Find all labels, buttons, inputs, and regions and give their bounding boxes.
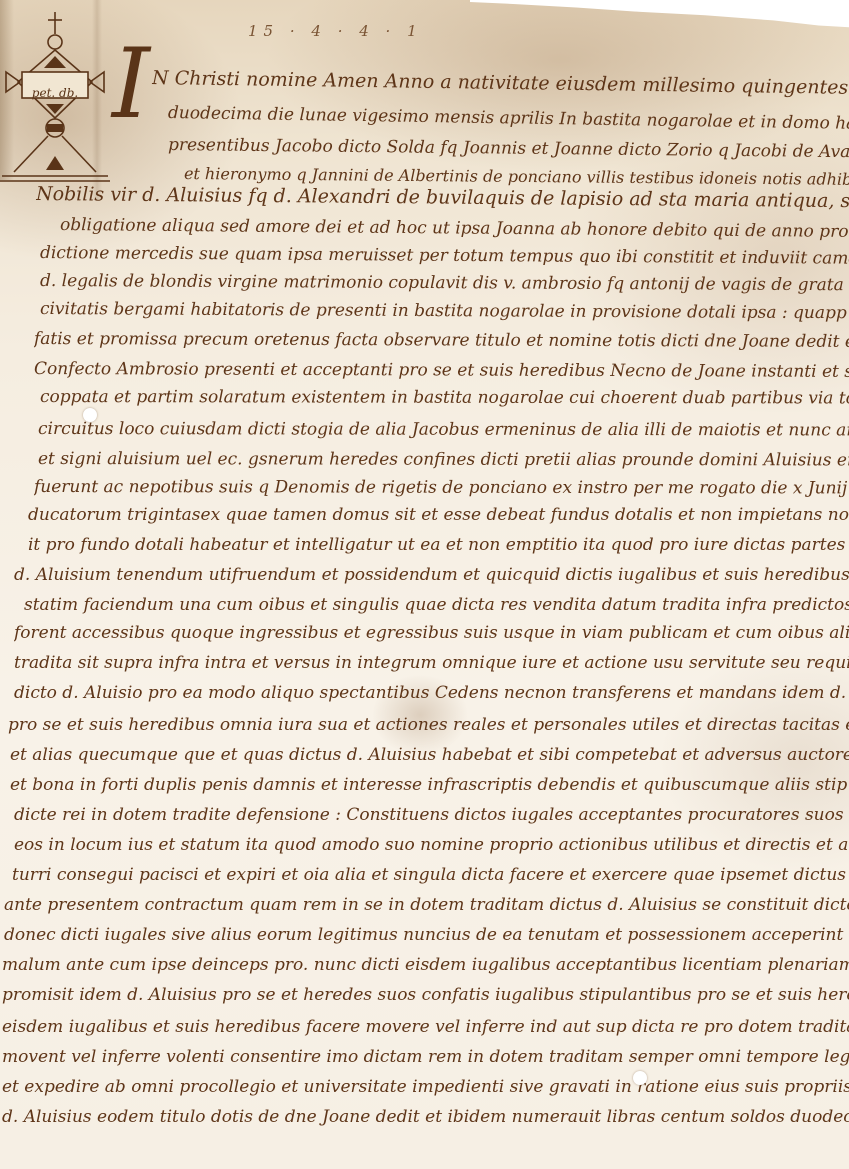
manuscript-line: ducatorum trigintasex quae tamen domus s… bbox=[28, 505, 849, 525]
manuscript-line: movent vel inferre volenti consentire im… bbox=[2, 1047, 849, 1067]
manuscript-line: eisdem iugalibus et suis heredibus facer… bbox=[2, 1017, 849, 1037]
notarial-sign-label: pet. db. bbox=[22, 86, 88, 100]
manuscript-line: turri consegui pacisci et expiri et oia … bbox=[12, 865, 849, 885]
manuscript-line: forent accessibus quoque ingressibus et … bbox=[14, 623, 849, 643]
manuscript-line: it pro fundo dotali habeatur et intellig… bbox=[28, 535, 849, 555]
manuscript-line: fuerunt ac nepotibus suis q Denomis de r… bbox=[34, 477, 849, 498]
manuscript-line: et expedire ab omni procollegio et unive… bbox=[2, 1077, 849, 1097]
manuscript-line: dicto d. Aluisio pro ea modo aliquo spec… bbox=[14, 683, 849, 703]
manuscript-line: d. Aluisius eodem titulo dotis de dne Jo… bbox=[2, 1107, 849, 1127]
manuscript-line: eos in locum ius et statum ita quod amod… bbox=[14, 835, 849, 855]
manuscript-line: coppata et partim solaratum existentem i… bbox=[40, 387, 849, 408]
manuscript-line: et bona in forti duplis penis damnis et … bbox=[10, 775, 849, 795]
manuscript-line: dicte rei in dotem tradite defensione : … bbox=[14, 805, 849, 825]
manuscript-line: tradita sit supra infra intra et versus … bbox=[14, 653, 849, 673]
manuscript-line: statim faciendum una cum oibus et singul… bbox=[24, 595, 849, 615]
punch-hole bbox=[633, 1071, 647, 1085]
manuscript-line: Confecto Ambrosio presenti et acceptanti… bbox=[34, 359, 849, 382]
manuscript-line: malum ante cum ipse deinceps pro. nunc d… bbox=[2, 955, 849, 975]
manuscript-line: pro se et suis heredibus omnia iura sua … bbox=[8, 715, 849, 735]
punch-hole bbox=[83, 408, 97, 422]
manuscript-line: ante presentem contractum quam rem in se… bbox=[4, 895, 849, 915]
manuscript-line: et signi aluisium uel ec. gsnerum herede… bbox=[38, 449, 849, 470]
header-numbering: 15 · 4 · 4 · 1 bbox=[248, 22, 423, 40]
manuscript-line: et alias quecumque que et quas dictus d.… bbox=[10, 745, 849, 765]
decorated-initial: I bbox=[112, 36, 150, 132]
manuscript-line: fatis et promissa precum oretenus facta … bbox=[34, 329, 849, 352]
manuscript-line: circuitus loco cuiusdam dicti stogia de … bbox=[38, 419, 849, 440]
manuscript-line: donec dicti iugales sive alius eorum leg… bbox=[4, 925, 849, 945]
manuscript-line: d. legalis de blondis virgine matrimonio… bbox=[40, 271, 844, 295]
manuscript-line: promisit idem d. Aluisius pro se et here… bbox=[2, 985, 849, 1005]
notarial-sign-icon: pet. db. bbox=[0, 10, 110, 185]
manuscript-line: d. Aluisium tenendum utifruendum et poss… bbox=[14, 565, 849, 585]
